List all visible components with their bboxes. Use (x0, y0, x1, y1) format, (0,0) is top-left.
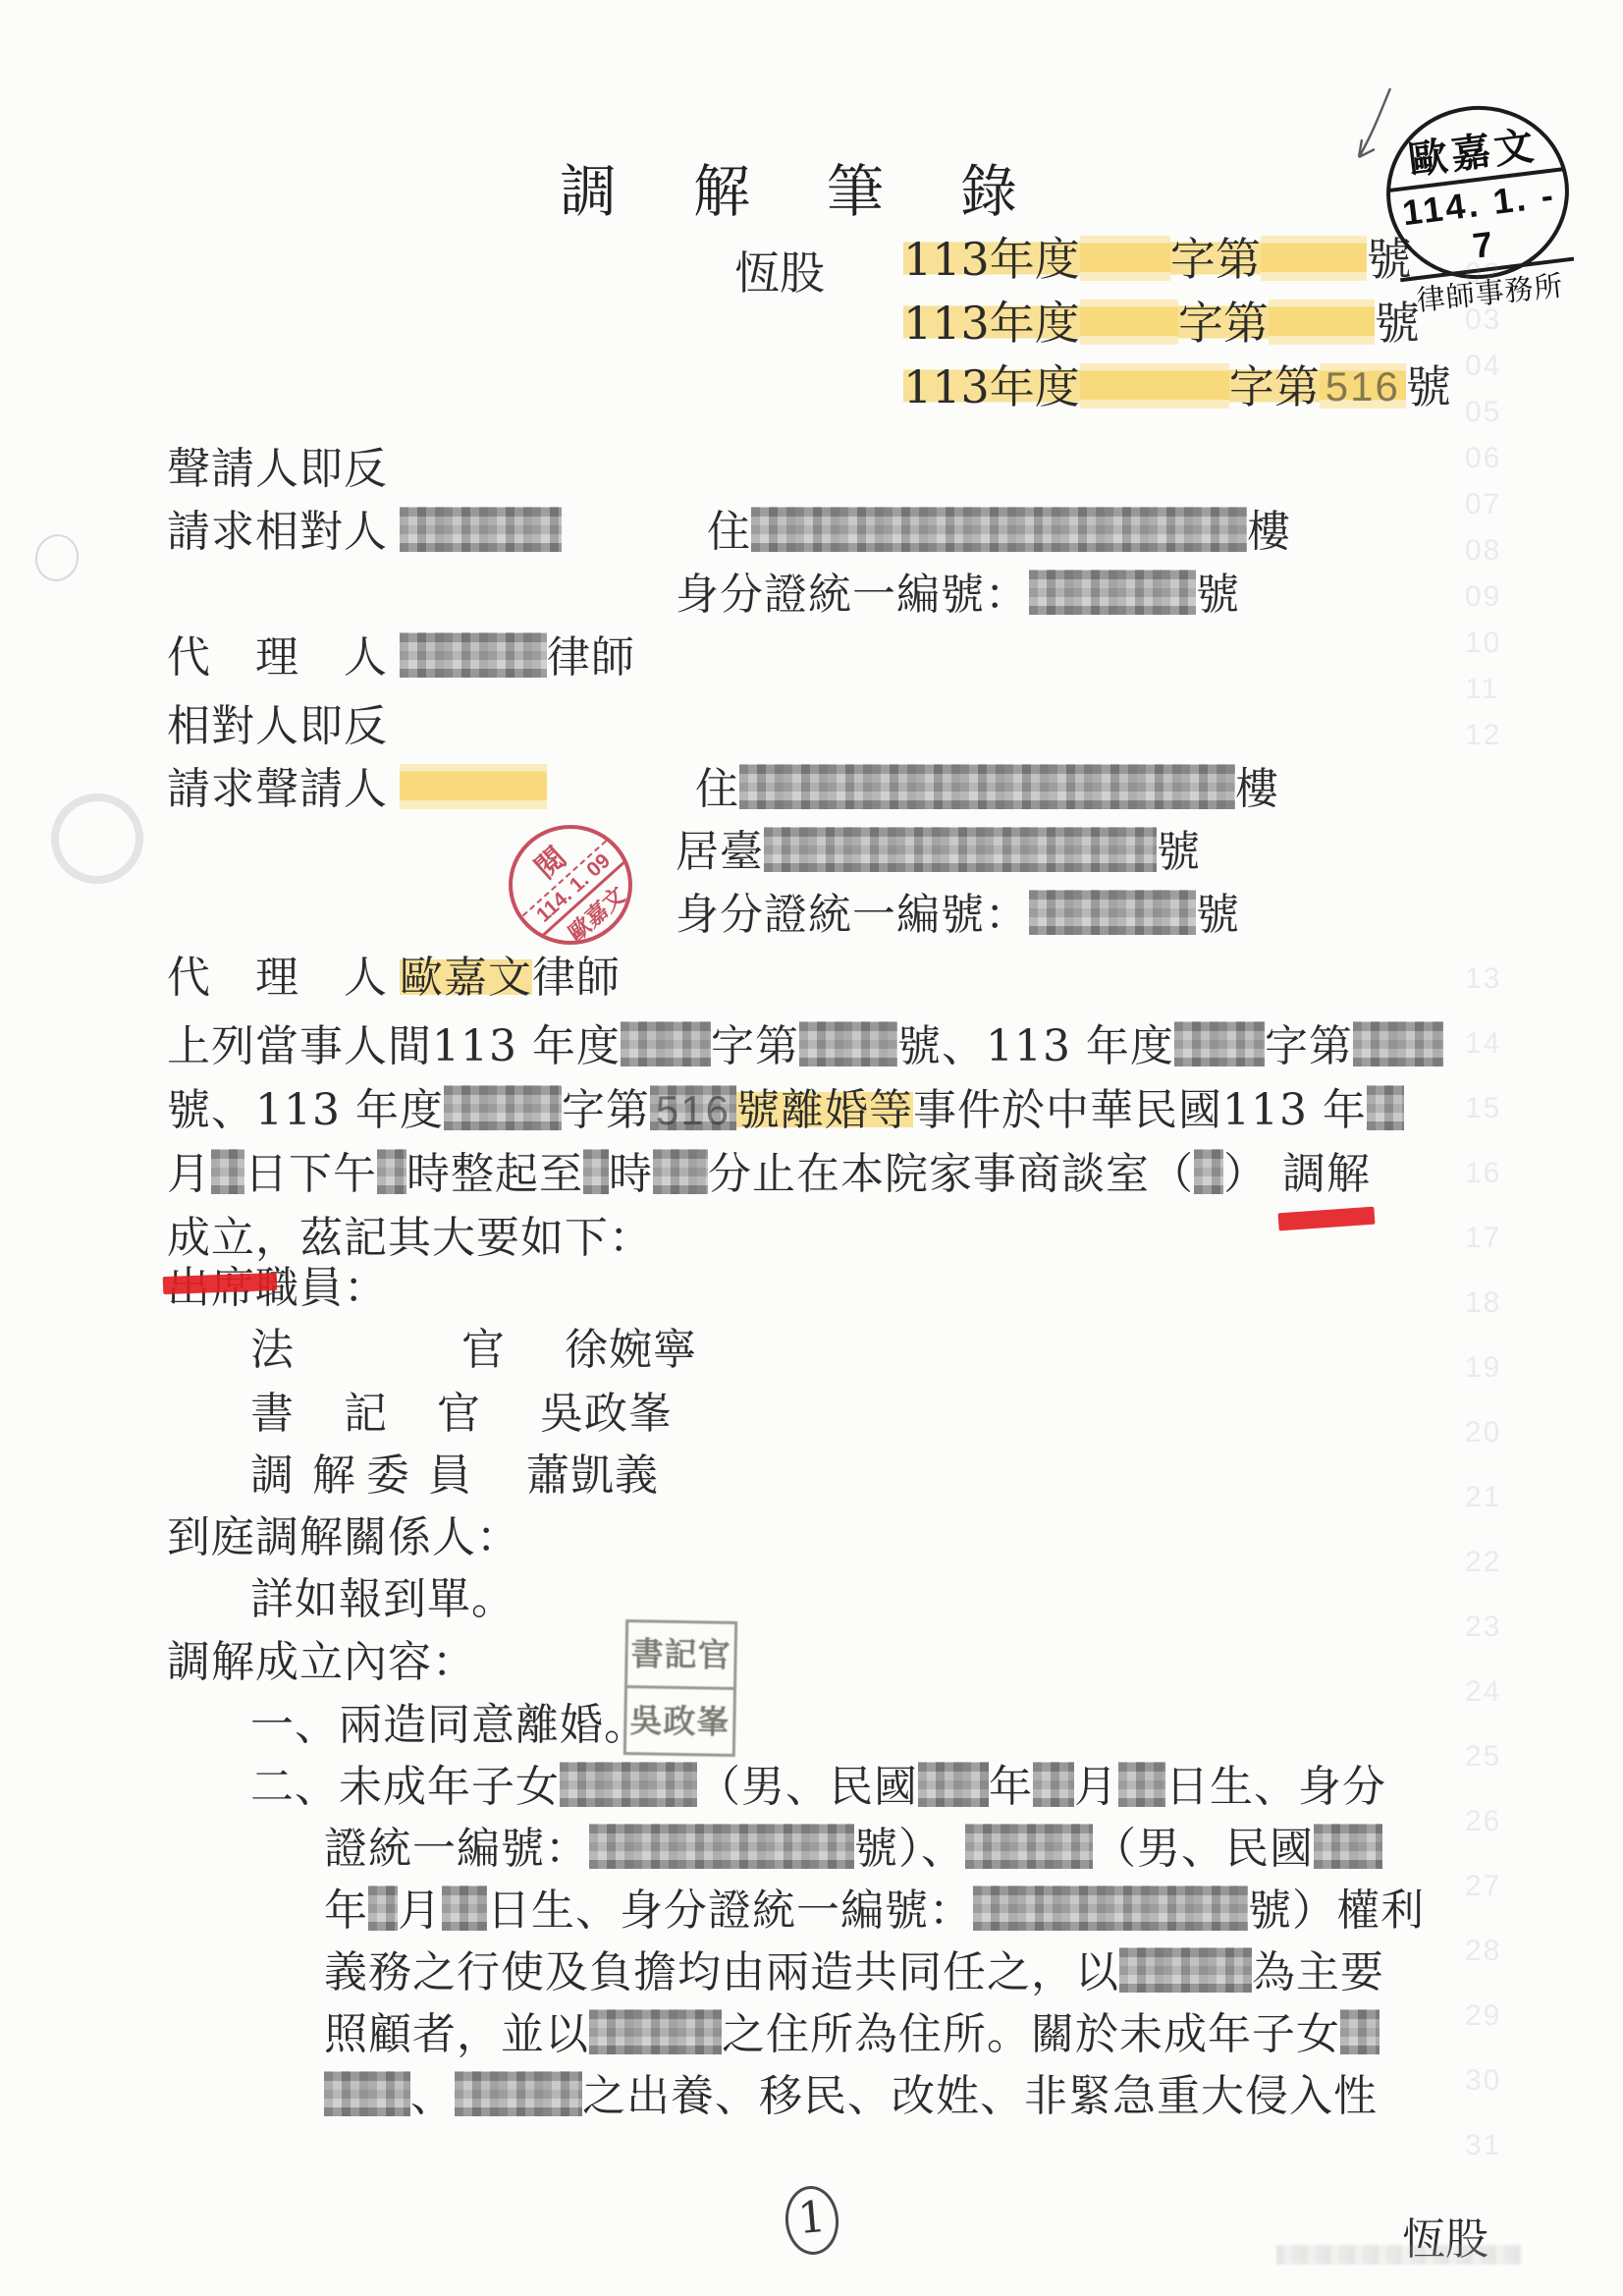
text-segment: 委 (366, 1449, 410, 1503)
text-segment: 號、113 年度 (167, 1083, 444, 1138)
text-segment: 、 (410, 2069, 455, 2124)
doc-line-applicant-header: 聲請人即反 (167, 442, 388, 497)
redacted-block (1194, 1149, 1223, 1194)
text-segment: 到庭調解關係人： (167, 1510, 520, 1565)
text-segment: 住 (695, 762, 739, 817)
redacted-block (1029, 570, 1196, 615)
page-number-circle: 1 (783, 2184, 841, 2257)
review-date-red-stamp: 閱 114. 1. 09 歐嘉文 (509, 825, 632, 945)
scanned-mediation-record-page: 調 解 筆 錄 恆股 113年度字第號 113年度字第號 113年度字第516號… (0, 0, 1623, 2296)
redacted-block (589, 1824, 854, 1869)
doc-line-item-2d: 義務之行使及負擔均由兩造共同任之，以為主要 (324, 1945, 1384, 2000)
redacted-block (560, 1762, 697, 1807)
text-segment: 年 (989, 1760, 1033, 1815)
doc-line-counter-applicant: 請求聲請人住樓 (167, 762, 1279, 817)
redacted-block (1340, 2009, 1380, 2054)
text-segment: 113年度 (903, 361, 1080, 412)
doc-line-item-2a: 二、未成年子女（男、民國 年月日生、身分 (250, 1760, 1386, 1815)
margin-line-number: 25 (1465, 1740, 1501, 1774)
text-segment: （男、民國 (697, 1760, 918, 1815)
text-segment: 證統一編號： (324, 1822, 589, 1877)
margin-line-number: 07 (1465, 488, 1501, 521)
text-segment: 代 理 人 (167, 630, 388, 685)
redacted-block (1174, 1021, 1265, 1066)
text-segment: 代 理 人 (167, 951, 388, 1006)
redacted-block (1080, 236, 1170, 281)
margin-line-number: 31 (1465, 2129, 1501, 2162)
redacted-block (377, 1149, 406, 1194)
redacted-block (764, 827, 1157, 872)
header-division-label: 恆股 (734, 238, 825, 302)
text-segment: 月 (398, 1884, 442, 1939)
text-segment: 歐嘉文 (400, 951, 532, 1006)
doc-line-content-header: 調解成立內容： (167, 1635, 476, 1690)
doc-line-agent: 代 理 人律師 (167, 630, 635, 685)
redacted-block (400, 764, 547, 809)
case-number-line: 113年度字第號 (903, 298, 1420, 349)
margin-line-number: 13 (1465, 962, 1501, 996)
redacted-block (653, 1149, 708, 1194)
margin-line-number: 10 (1465, 627, 1501, 660)
margin-line-number: 19 (1465, 1351, 1501, 1385)
text-segment: 之住所為住所。關於未成年子女 (722, 2007, 1340, 2062)
partially-visible-number: 516 (650, 1083, 736, 1138)
page-number: 1 (796, 2192, 828, 2244)
footer-redaction-smudge (1276, 2245, 1522, 2265)
text-segment: 字第 (1265, 1019, 1353, 1074)
redacted-block (589, 2009, 722, 2054)
hole-punch-mark (45, 788, 149, 890)
text-segment: 為主要 (1252, 1945, 1384, 2000)
margin-line-number: 20 (1465, 1416, 1501, 1449)
text-segment: 年 (324, 1884, 368, 1939)
redacted-block (1367, 1085, 1404, 1130)
doc-line-item-2f: 、之出養、移民、改姓、非緊急重大侵入性 (324, 2069, 1378, 2124)
text-segment: 時整起至 (406, 1147, 583, 1202)
redacted-block (1033, 1762, 1074, 1807)
text-segment: 字第 (711, 1019, 799, 1074)
text-segment: 號 (1406, 361, 1451, 412)
text-segment: 法 (250, 1323, 295, 1378)
text-segment: 日生、身分 (1165, 1760, 1386, 1815)
doc-line-respondent-header: 相對人即反 (167, 699, 388, 754)
margin-line-number: 18 (1465, 1286, 1501, 1320)
text-segment: 號 (1196, 568, 1240, 623)
text-segment: 號 (1196, 888, 1240, 943)
margin-line-number: 08 (1465, 534, 1501, 568)
handwritten-arrow-mark (1347, 82, 1406, 173)
redacted-block (211, 1149, 244, 1194)
doc-line-attendees-ref: 詳如報到單。 (250, 1572, 515, 1627)
red-underline-tiaojie (1277, 1207, 1375, 1231)
margin-line-number: 04 (1465, 350, 1501, 383)
doc-line-id-number: 身分證統一編號：號 (676, 888, 1240, 943)
doc-line-item-2c: 年 月日生、身分證統一編號：號）權利 (324, 1884, 1425, 1939)
text-segment: 請求聲請人 (167, 762, 388, 817)
doc-line-item-2e: 照顧者，並以之住所為住所。關於未成年子女 (324, 2007, 1380, 2062)
text-segment: 號離婚等 (736, 1083, 913, 1138)
redacted-block (1080, 300, 1178, 345)
redacted-block (583, 1149, 609, 1194)
margin-line-number: 24 (1465, 1675, 1501, 1709)
text-segment: 律師 (547, 630, 635, 685)
doc-line-id-number: 身分證統一編號：號 (676, 568, 1240, 623)
doc-line-clerk: 書記官吳政峯 (250, 1387, 673, 1442)
text-segment: 書 (250, 1387, 295, 1442)
doc-line-item-1: 一、兩造同意離婚。 (250, 1698, 648, 1753)
text-segment: 律師 (532, 951, 621, 1006)
page-title: 調 解 筆 錄 (560, 145, 1027, 228)
redacted-block (739, 764, 1235, 809)
text-segment: 樓 (1235, 762, 1279, 817)
text-segment: 照顧者，並以 (324, 2007, 589, 2062)
text-segment: 號）權利 (1248, 1884, 1425, 1939)
text-segment: 徐婉寧 (565, 1323, 697, 1378)
redacted-block (918, 1762, 989, 1807)
margin-line-number: 12 (1465, 719, 1501, 752)
text-segment: 號）、 (854, 1822, 965, 1877)
redacted-block (965, 1824, 1093, 1869)
margin-line-number: 15 (1465, 1092, 1501, 1125)
margin-line-number: 16 (1465, 1157, 1501, 1190)
redacted-block (1353, 1021, 1443, 1066)
text-segment: 調解成立內容： (167, 1635, 476, 1690)
margin-line-number: 02 (1465, 257, 1501, 291)
text-segment: 請求相對人 (167, 505, 388, 560)
text-segment: 號、113 年度 (897, 1019, 1174, 1074)
text-segment: 官 (437, 1387, 481, 1442)
text-segment: 月 (1074, 1760, 1118, 1815)
text-segment: 二、未成年子女 (250, 1760, 560, 1815)
redacted-block (368, 1886, 398, 1931)
text-segment: 義務之行使及負擔均由兩造共同任之，以 (324, 1945, 1119, 2000)
redacted-block (1261, 236, 1367, 281)
text-segment: 時 (609, 1147, 653, 1202)
margin-line-number: 17 (1465, 1222, 1501, 1255)
redacted-block (799, 1021, 897, 1066)
text-segment: 住 (707, 505, 751, 560)
redacted-block: 516 (1320, 363, 1406, 409)
text-segment: 詳如報到單。 (250, 1572, 515, 1627)
redacted-block (400, 507, 562, 552)
doc-line-judge: 法官徐婉寧 (250, 1323, 697, 1378)
text-segment: 字第 (1229, 361, 1320, 412)
doc-line-session-time: 月日下午 時整起至 時分止在本院家事商談室（） 調解 (167, 1147, 1371, 1202)
redacted-block: 516 (650, 1085, 736, 1130)
text-segment: 一、兩造同意離婚。 (250, 1698, 648, 1753)
text-segment: 分止在本院家事商談室（ (708, 1147, 1194, 1202)
margin-line-number: 22 (1465, 1546, 1501, 1579)
text-segment: 113年度 (903, 298, 1080, 349)
margin-line-number: 23 (1465, 1611, 1501, 1644)
text-segment: 官 (461, 1323, 506, 1378)
text-segment: 成立，茲記其大要如下： (167, 1211, 653, 1266)
redacted-block (1119, 1947, 1252, 1993)
case-number-line: 113年度字第516號 (903, 361, 1451, 412)
text-segment: 字第 (1170, 234, 1261, 285)
redacted-block (973, 1886, 1248, 1931)
doc-line-attendees-header: 到庭調解關係人： (167, 1510, 520, 1565)
partially-visible-number: 516 (1320, 361, 1406, 412)
text-segment: 居臺 (676, 825, 764, 880)
doc-line-counter-respondent: 請求相對人住樓 (167, 505, 1291, 560)
doc-line-case-recital-1: 上列當事人間113 年度字第 號、113 年度字第 (167, 1019, 1443, 1074)
margin-line-number: 30 (1465, 2064, 1501, 2098)
case-number-line: 113年度字第號 (903, 234, 1412, 285)
doc-line-residence: 居臺號 (676, 825, 1201, 880)
text-segment: 蕭凱義 (526, 1449, 659, 1503)
text-segment: 上列當事人間113 年度 (167, 1019, 621, 1074)
redacted-block (1029, 890, 1196, 935)
text-segment: 相對人即反 (167, 699, 388, 754)
margin-line-number: 21 (1465, 1481, 1501, 1514)
text-segment: 身分證統一編號： (676, 888, 1029, 943)
text-segment: 員 (428, 1449, 472, 1503)
margin-line-number: 26 (1465, 1805, 1501, 1838)
margin-line-number: 05 (1465, 396, 1501, 429)
redacted-block (621, 1021, 711, 1066)
doc-line-agent-ou: 代 理 人歐嘉文律師 (167, 951, 621, 1006)
margin-line-number: 29 (1465, 1999, 1501, 2033)
redacted-block (400, 632, 547, 678)
redacted-block (1080, 363, 1229, 409)
text-segment: 事件於中華民國113 年 (913, 1083, 1367, 1138)
redacted-block (1269, 300, 1375, 345)
margin-line-number: 03 (1465, 303, 1501, 337)
margin-line-number: 27 (1465, 1870, 1501, 1903)
text-segment: 聲請人即反 (167, 442, 388, 497)
redacted-block (455, 2071, 582, 2116)
redacted-block (1314, 1824, 1382, 1869)
text-segment: 日生、身分證統一編號： (487, 1884, 973, 1939)
text-segment: 解 (312, 1449, 356, 1503)
text-segment: 號 (1157, 825, 1201, 880)
margin-line-number: 11 (1465, 673, 1499, 706)
text-segment: 身分證統一編號： (676, 568, 1029, 623)
text-segment: 記 (344, 1387, 388, 1442)
redacted-block (751, 507, 1247, 552)
text-segment: ） 調解 (1223, 1147, 1371, 1202)
doc-line-case-recital-2: 號、113 年度字第516 號離婚等事件於中華民國113 年 (167, 1083, 1404, 1138)
hole-punch-mark (30, 529, 83, 585)
doc-line-item-2b: 證統一編號：號）、（男、民國 (324, 1822, 1382, 1877)
margin-line-number: 06 (1465, 442, 1501, 475)
doc-line-established: 成立，茲記其大要如下： (167, 1211, 653, 1266)
margin-line-number: 14 (1465, 1027, 1501, 1061)
redacted-block (1118, 1762, 1165, 1807)
doc-line-mediator: 調解委員蕭凱義 (250, 1449, 659, 1503)
text-segment: 吳政峯 (540, 1387, 673, 1442)
redacted-block (442, 1886, 487, 1931)
text-segment: 樓 (1247, 505, 1291, 560)
text-segment: 之出養、移民、改姓、非緊急重大侵入性 (582, 2069, 1378, 2124)
redacted-block (324, 2071, 410, 2116)
text-segment: （男、民國 (1093, 1822, 1314, 1877)
redacted-block (444, 1085, 562, 1130)
margin-line-number: 09 (1465, 580, 1501, 614)
text-segment: 113年度 (903, 234, 1080, 285)
text-segment: 字第 (562, 1083, 650, 1138)
text-segment: 調 (250, 1449, 295, 1503)
clerk-seal-title: 書記官 (627, 1622, 734, 1690)
text-segment: 月 (167, 1147, 211, 1202)
margin-line-number: 28 (1465, 1935, 1501, 1968)
text-segment: 字第 (1178, 298, 1269, 349)
text-segment: 日下午 (244, 1147, 377, 1202)
